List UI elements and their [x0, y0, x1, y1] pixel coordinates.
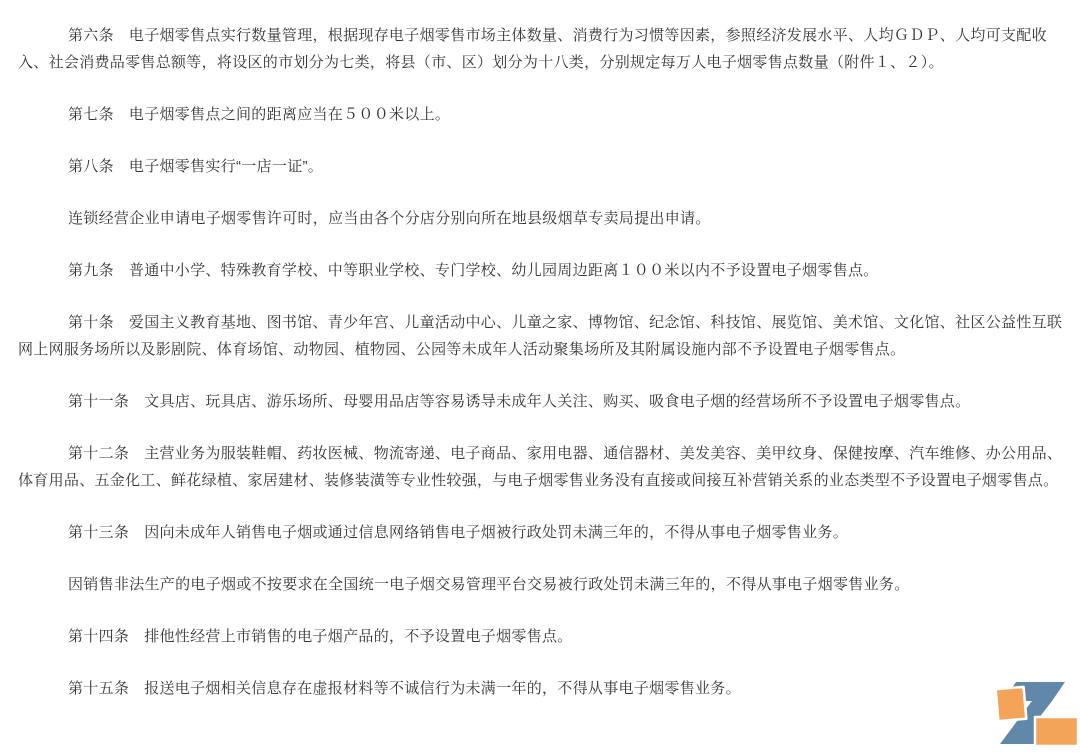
- article-text: 文具店、玩具店、游乐场所、母婴用品店等容易诱导未成年人关注、购买、吸食电子烟的经…: [144, 393, 970, 410]
- article-text: 电子烟零售实行“一店一证”。: [129, 158, 323, 175]
- article-text: 电子烟零售点之间的距离应当在５００米以上。: [129, 106, 450, 123]
- article-number: 第十五条: [68, 680, 129, 697]
- article-number: 第九条: [68, 262, 114, 279]
- article-text: 连锁经营企业申请电子烟零售许可时，应当由各个分店分别向所在地县级烟草专卖局提出申…: [68, 210, 711, 227]
- paragraph-article-13-continued: 因销售非法生产的电子烟或不按要求在全国统一电子烟交易管理平台交易被行政处罚未满三…: [18, 571, 1064, 598]
- article-text: 主营业务为服装鞋帽、药妆医械、物流寄递、电子商品、家用电器、通信器材、美发美容、…: [18, 445, 1062, 489]
- article-number: 第十四条: [68, 628, 129, 645]
- document-body: 第六条电子烟零售点实行数量管理，根据现存电子烟零售市场主体数量、消费行为习惯等因…: [0, 0, 1080, 702]
- article-text: 报送电子烟相关信息存在虚报材料等不诚信行为未满一年的，不得从事电子烟零售业务。: [144, 680, 741, 697]
- article-text: 爱国主义教育基地、图书馆、青少年宫、儿童活动中心、儿童之家、博物馆、纪念馆、科技…: [18, 314, 1062, 358]
- paragraph-article-13: 第十三条因向未成年人销售电子烟或通过信息网络销售电子烟被行政处罚未满三年的，不得…: [18, 519, 1064, 546]
- article-text: 电子烟零售点实行数量管理，根据现存电子烟零售市场主体数量、消费行为习惯等因素，参…: [18, 27, 1047, 71]
- article-number: 第六条: [68, 27, 114, 44]
- paragraph-article-10: 第十条爱国主义教育基地、图书馆、青少年宫、儿童活动中心、儿童之家、博物馆、纪念馆…: [18, 309, 1064, 363]
- z-brand-logo-icon: [985, 670, 1080, 753]
- paragraph-article-6: 第六条电子烟零售点实行数量管理，根据现存电子烟零售市场主体数量、消费行为习惯等因…: [18, 22, 1064, 76]
- article-number: 第十条: [68, 314, 114, 331]
- document-page: 第六条电子烟零售点实行数量管理，根据现存电子烟零售市场主体数量、消费行为习惯等因…: [0, 0, 1080, 753]
- paragraph-article-9: 第九条普通中小学、特殊教育学校、中等职业学校、专门学校、幼儿园周边距离１００米以…: [18, 257, 1064, 284]
- article-number: 第七条: [68, 106, 114, 123]
- paragraph-article-15: 第十五条报送电子烟相关信息存在虚报材料等不诚信行为未满一年的，不得从事电子烟零售…: [18, 675, 1064, 702]
- article-number: 第十一条: [68, 393, 129, 410]
- article-text: 排他性经营上市销售的电子烟产品的，不予设置电子烟零售点。: [144, 628, 572, 645]
- paragraph-article-8-continued: 连锁经营企业申请电子烟零售许可时，应当由各个分店分别向所在地县级烟草专卖局提出申…: [18, 205, 1064, 232]
- paragraph-article-11: 第十一条文具店、玩具店、游乐场所、母婴用品店等容易诱导未成年人关注、购买、吸食电…: [18, 388, 1064, 415]
- article-number: 第八条: [68, 158, 114, 175]
- article-text: 普通中小学、特殊教育学校、中等职业学校、专门学校、幼儿园周边距离１００米以内不予…: [129, 262, 879, 279]
- paragraph-article-12: 第十二条主营业务为服装鞋帽、药妆医械、物流寄递、电子商品、家用电器、通信器材、美…: [18, 440, 1064, 494]
- article-text: 因向未成年人销售电子烟或通过信息网络销售电子烟被行政处罚未满三年的，不得从事电子…: [144, 524, 848, 541]
- article-text: 因销售非法生产的电子烟或不按要求在全国统一电子烟交易管理平台交易被行政处罚未满三…: [68, 576, 910, 593]
- paragraph-article-7: 第七条电子烟零售点之间的距离应当在５００米以上。: [18, 101, 1064, 128]
- paragraph-article-14: 第十四条排他性经营上市销售的电子烟产品的，不予设置电子烟零售点。: [18, 623, 1064, 650]
- paragraph-article-8: 第八条电子烟零售实行“一店一证”。: [18, 153, 1064, 180]
- article-number: 第十二条: [68, 445, 129, 462]
- article-number: 第十三条: [68, 524, 129, 541]
